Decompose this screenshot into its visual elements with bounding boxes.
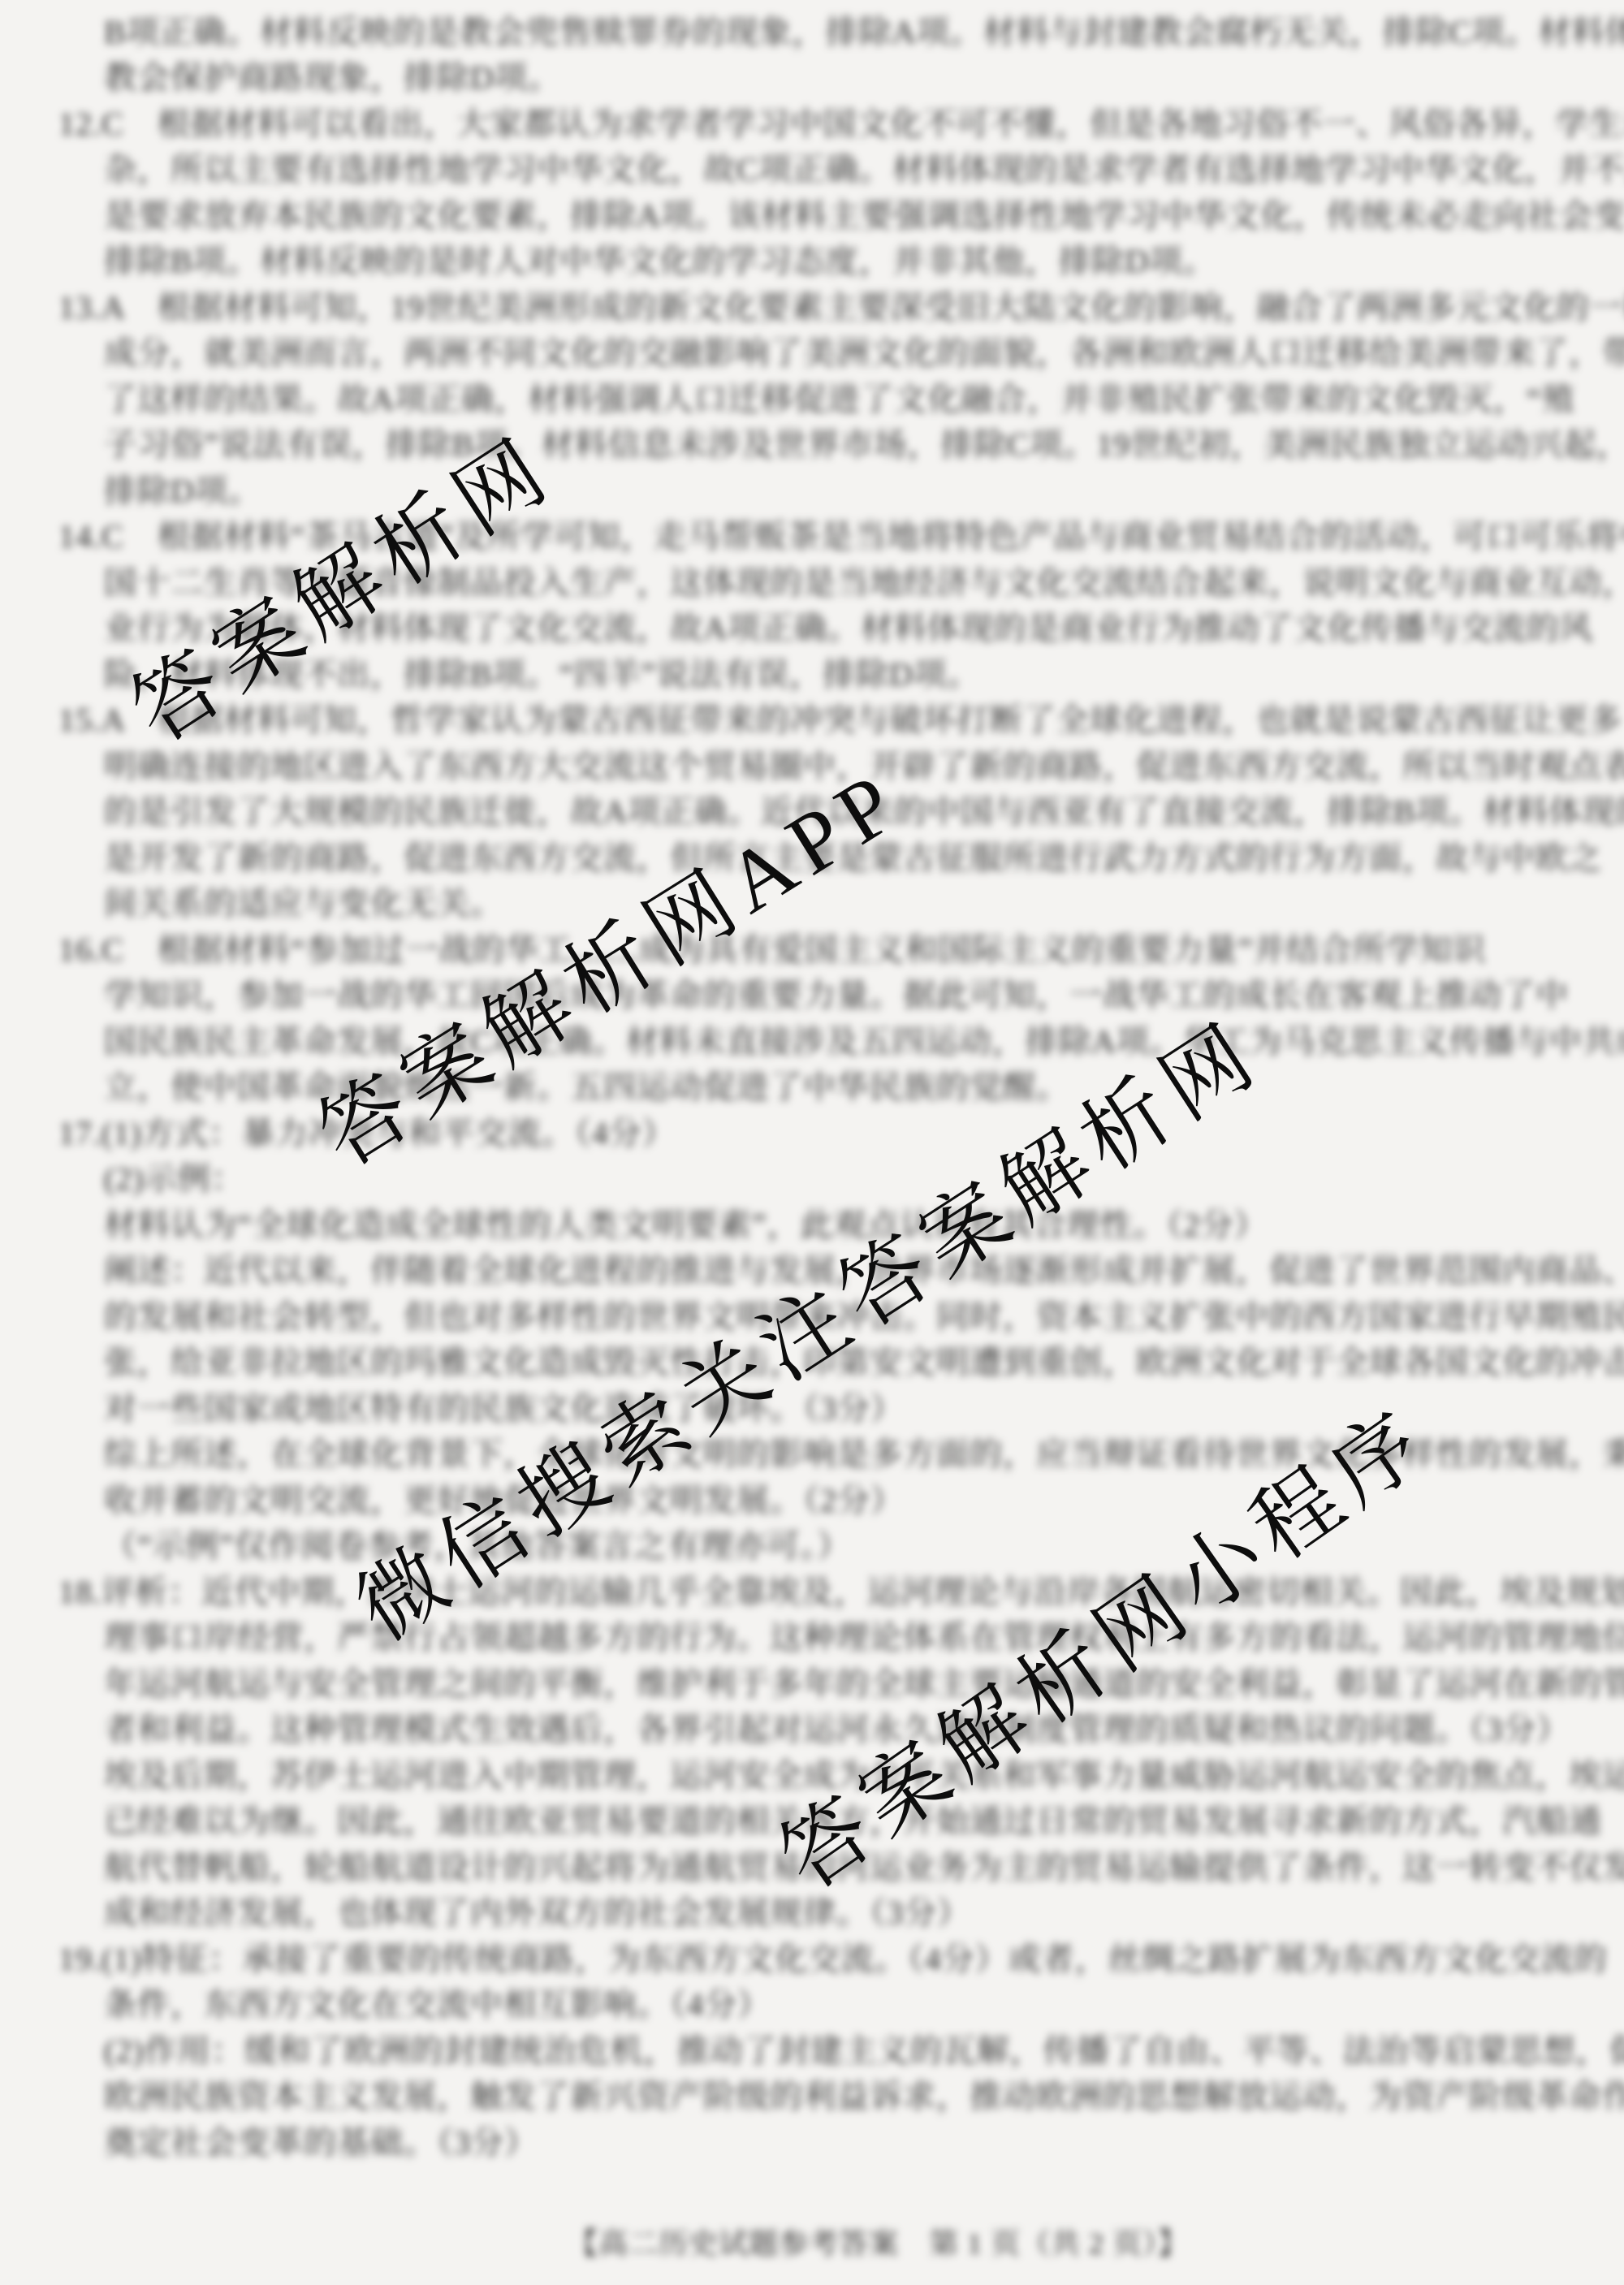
answer-line: 教会保护商路现象，排除D项。	[104, 55, 561, 101]
answer-line: 欧洲民族资本主义发展，触发了新兴资产阶级的利益诉求，推动欧洲的思想解放运动，为资…	[104, 2074, 1624, 2119]
answer-line: 了这样的结果。故A项正确，材料强调人口迁移促进了文化融合，并非殖民扩张带来的文化…	[104, 377, 1575, 422]
answer-line: 业行为为载体，材料体现了文化交流，故A项正确。材料体现的是商业行为推动了文化传播…	[104, 606, 1593, 651]
answer-line: B项正确。材料反映的是教会兜售赎罪券的现象，排除A项。材料与封建教会腐朽无关，排…	[104, 10, 1624, 55]
answer-line: 的是引发了大规模的民族迁徙，故A项正确。近代以来的中国与西亚有了直接交流，排除B…	[104, 789, 1624, 835]
answer-line: 材料认为“全球化造成全球性的人类文明要素”，此观点认识有其合理性。（2分）	[104, 1203, 1268, 1248]
answer-line: 子习俗”说法有误，排除B项。材料信息未涉及世界市场，排除C项。19世纪初，美洲民…	[104, 422, 1624, 468]
answer-line: （“示例”仅作阅卷参考，其他答案言之有理亦可。）	[104, 1523, 851, 1569]
answer-line: 15.A 根据材料可知，哲学家认为蒙古西征带来的冲突与破坏打断了全球化进程，也就…	[58, 698, 1622, 743]
answer-line: 张，给亚非拉地区的玛雅文化造成毁灭性打击，印第安文明遭到重创，欧洲文化对于全球各…	[104, 1340, 1624, 1385]
answer-line: 的发展和社会转型，但也对多样性的世界文明带来冲击。同时，资本主义扩张中的西方国家…	[104, 1294, 1624, 1340]
answer-line: 成分，就美洲而言，两洲不同文化的交融影响了美洲文化的面貌，各洲和欧洲人口迁移给美…	[104, 330, 1624, 376]
answer-line: 是开发了新的商路，促进东西方交流，但所言主要是蒙古征服所进行武力方式的行为方面，…	[104, 836, 1602, 881]
answer-line: (2)作用：缓和了欧洲的封建统治危机，推动了封建主义的瓦解，传播了自由、平等、法…	[104, 2028, 1624, 2074]
answer-line: 学知识，参加一战的华工回国后成为革命的重要力量。据此可知，一战华工的成长在客观上…	[104, 973, 1569, 1018]
answer-line: 条件，东西方文化在交流中相互影响。（4分）	[104, 1982, 771, 2028]
document-page: 【高二历史试题参考答案 第 1 页（共 2 页）】 B项正确。材料反映的是教会兜…	[0, 0, 1624, 2285]
answer-line: 阐述：近代以来，伴随着全球化进程的推进与发展，世界市场逐渐形成并扩展，促进了世界…	[104, 1248, 1624, 1294]
answer-line: 成和经济发展，也体现了内外双方的社会发展规律。（3分）	[104, 1890, 970, 1936]
answer-line: 埃及后期，苏伊士运河进入中期管理，运河安全成为公平关系和军事力量威胁运河航运安全…	[104, 1753, 1624, 1799]
answer-line: 国民族民主革命发展，故C项正确。材料未直接涉及五四运动，排除A项。华工为马克思主…	[104, 1019, 1624, 1065]
answer-line: 18.评析：近代中期，苏伊士运河的运输几乎全靠埃及，运河理论与沿岸各国航运密切相…	[58, 1570, 1624, 1615]
answer-line: 19.(1)特征：承接了重要的传统商路，为东西方文化交流。（4分）或者，丝绸之路…	[58, 1937, 1608, 1982]
answer-line: 17.(1)方式：暴力冲突与和平交流。（4分）	[58, 1111, 676, 1156]
answer-line: (2)示例：	[104, 1156, 244, 1202]
answer-line: 13.A 根据材料可知，19世纪美洲形成的新文化要素主要深受旧大陆文化的影响，融…	[58, 285, 1624, 330]
answer-line: 立，使中国革命面貌焕然一新。五四运动促进了中华民族的觉醒。	[104, 1065, 1069, 1110]
page-footer: 【高二历史试题参考答案 第 1 页（共 2 页）】	[568, 2223, 1188, 2264]
answer-line: 国十二生肖等主题音像制品投入生产，这体现的是当地经济与文化交流结合起来，说明文化…	[104, 560, 1624, 606]
answer-line: 明确连接的地区进入了东西方大交流这个贸易圈中，开辟了新的商路，促进东西方交流，所…	[104, 744, 1624, 789]
answer-line: 者和利益。这种管理模式生效遇后，各界引起对运河永久通航制度管理的质疑和热议的问题…	[104, 1707, 1570, 1752]
answer-line: 16.C 根据材料“参加过一战的华工……成为具有爱国主义和国际主义的重要力量”并…	[58, 927, 1486, 973]
answer-line: 险，材料体现不出，排除B项。“四羊”说法有误，排除D项。	[104, 652, 980, 698]
answer-line: 航代替帆船，轮船航道设计的兴起将为通航贸易的河运业务为主的贸易运输提供了条件，这…	[104, 1845, 1624, 1890]
answer-line: 排除D项。	[104, 469, 261, 514]
answer-line: 对一些国家或地区特有的民族文化造成了破坏。（3分）	[104, 1386, 904, 1432]
answer-line: 是要求放弃本民族的文化要素，排除A项。该材料主要强调选择性地学习中华文化，传统未…	[104, 193, 1624, 239]
answer-line: 排除B项。材料反映的是时人对中华文化的学习态度，并非其他，排除D项。	[104, 239, 1216, 284]
answer-line: 12.C 根据材料可以看出，大家都认为求学者学习中国文化不可不懂，但是各地习俗不…	[58, 102, 1624, 147]
answer-line: 已经难以为继。因此，通往欧亚贸易要道的相关各方，开始通过日常的贸易发展寻求新的方…	[104, 1799, 1602, 1844]
answer-line: 收并蓄的文明交流，更好地促进世界文明发展。（2分）	[104, 1478, 904, 1523]
answer-line: 奠定社会变革的基础。（3分）	[104, 2120, 538, 2166]
answer-line: 理事口岸经营，严禁行占领超越多方的行为。这种理论体系在管理权利上有多方的看法，运…	[104, 1615, 1624, 1661]
answer-line: 14.C 根据材料“茶马古道”及所学可知，走马帮贩茶是当地将特色产品与商业贸易结…	[58, 514, 1624, 559]
answer-line: 间关系的适应与变化无关。	[104, 881, 503, 927]
answer-line: 杂，所以主要有选择性地学习中华文化，故C项正确。材料体现的是求学者有选择地学习中…	[104, 147, 1624, 192]
answer-line: 综上所述，在全球化背景下，全球化对文明的影响是多方面的，应当辩证看待世界文化多样…	[104, 1432, 1624, 1477]
body-text-layer: 【高二历史试题参考答案 第 1 页（共 2 页）】 B项正确。材料反映的是教会兜…	[0, 0, 1624, 2285]
answer-line: 年运河航运与安全管理之间的平衡，维护利于多年的全球主要运输通道的安全利益，彰显了…	[104, 1661, 1624, 1707]
